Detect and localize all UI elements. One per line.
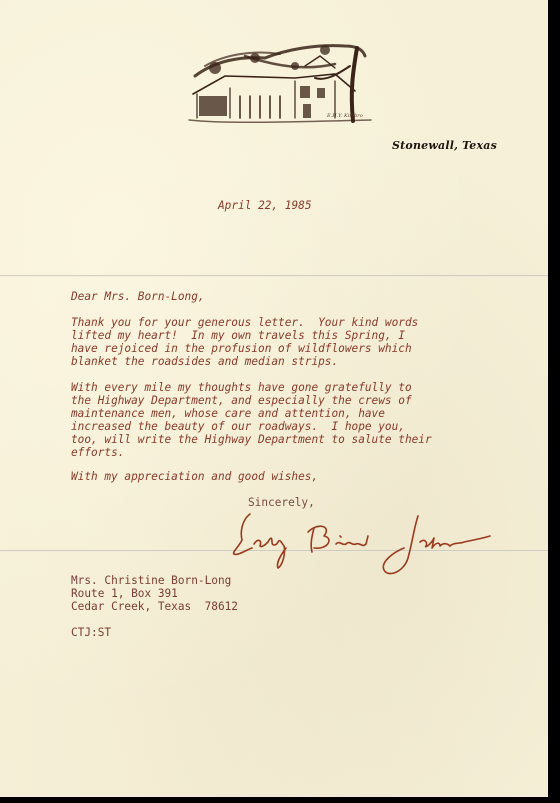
reference-initials: CTJ:ST: [71, 626, 111, 639]
recipient-address: Mrs. Christine Born-Long Route 1, Box 39…: [71, 574, 238, 613]
body-paragraph: Thank you for your generous letter. Your…: [71, 316, 418, 368]
letterhead-place: Stonewall, Texas: [392, 139, 497, 152]
body-paragraph: With every mile my thoughts have gone gr…: [71, 381, 432, 459]
letter-date: April 22, 1985: [218, 199, 312, 212]
fold-line: [0, 275, 548, 277]
closing-line: With my appreciation and good wishes,: [71, 470, 318, 483]
salutation: Dear Mrs. Born-Long,: [71, 290, 205, 303]
artist-signature: E.H.Y. Kimbro: [327, 113, 363, 119]
handwritten-signature: Lady Bird Johnson: [228, 508, 492, 580]
letter-page: E.H.Y. Kimbro Stonewall, Texas April 22,…: [0, 0, 548, 797]
